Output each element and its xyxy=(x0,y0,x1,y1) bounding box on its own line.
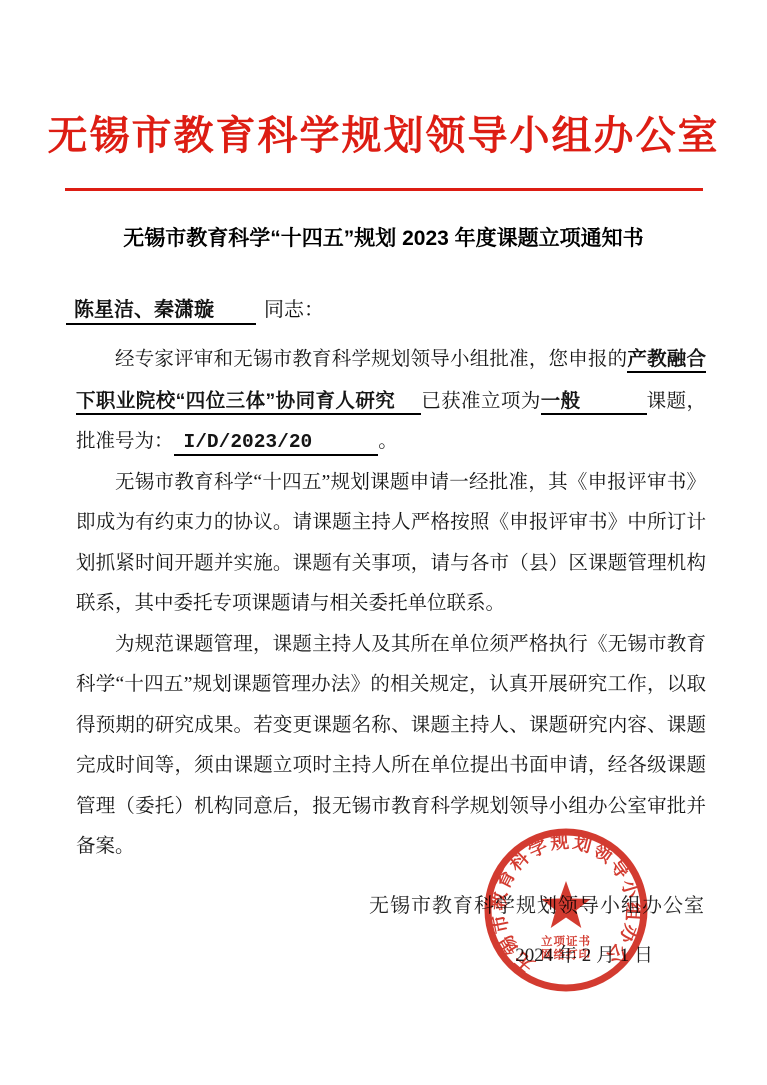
notice-body: 经专家评审和无锡市教育科学规划领导小组批准，您申报的产教融合下职业院校“四位三体… xyxy=(76,339,706,868)
recipient-names: 陈星洁、秦潇璇 xyxy=(66,299,256,325)
signature-block: 无锡市教育科学规划领导小组办公室 2024 年 2 月 1 日 xyxy=(369,889,705,967)
category-fill: 一般 xyxy=(541,390,647,415)
para1-mid: 已获准立项为 xyxy=(421,391,541,412)
signature-org: 无锡市教育科学规划领导小组办公室 xyxy=(369,889,705,918)
paragraph-agreement: 无锡市教育科学“十四五”规划课题申请一经批准，其《申报评审书》即成为有约束力的协… xyxy=(76,463,706,625)
salutation-line: 陈星洁、秦潇璇同志： xyxy=(66,296,706,324)
notice-document-page: 无锡市教育科学规划领导小组办公室 无锡市教育科学“十四五”规划 2023 年度课… xyxy=(0,0,767,1085)
salutation-suffix: 同志： xyxy=(256,299,324,321)
paragraph-management: 为规范课题管理，课题主持人及其所在单位须严格执行《无锡市教育科学“十四五”规划课… xyxy=(76,625,706,868)
para1-lead: 经专家评审和无锡市教育科学规划领导小组批准，您申报的 xyxy=(115,349,627,370)
letterhead-title: 无锡市教育科学规划领导小组办公室 xyxy=(0,0,767,161)
approval-number-fill: I/D/2023/20 xyxy=(174,431,379,456)
signature-date: 2024 年 2 月 1 日 xyxy=(369,940,705,967)
paragraph-approval: 经专家评审和无锡市教育科学规划领导小组批准，您申报的产教融合下职业院校“四位三体… xyxy=(76,339,706,463)
letterhead-divider xyxy=(65,188,703,191)
document-title: 无锡市教育科学“十四五”规划 2023 年度课题立项通知书 xyxy=(0,222,767,252)
para1-period: 。 xyxy=(378,431,398,452)
